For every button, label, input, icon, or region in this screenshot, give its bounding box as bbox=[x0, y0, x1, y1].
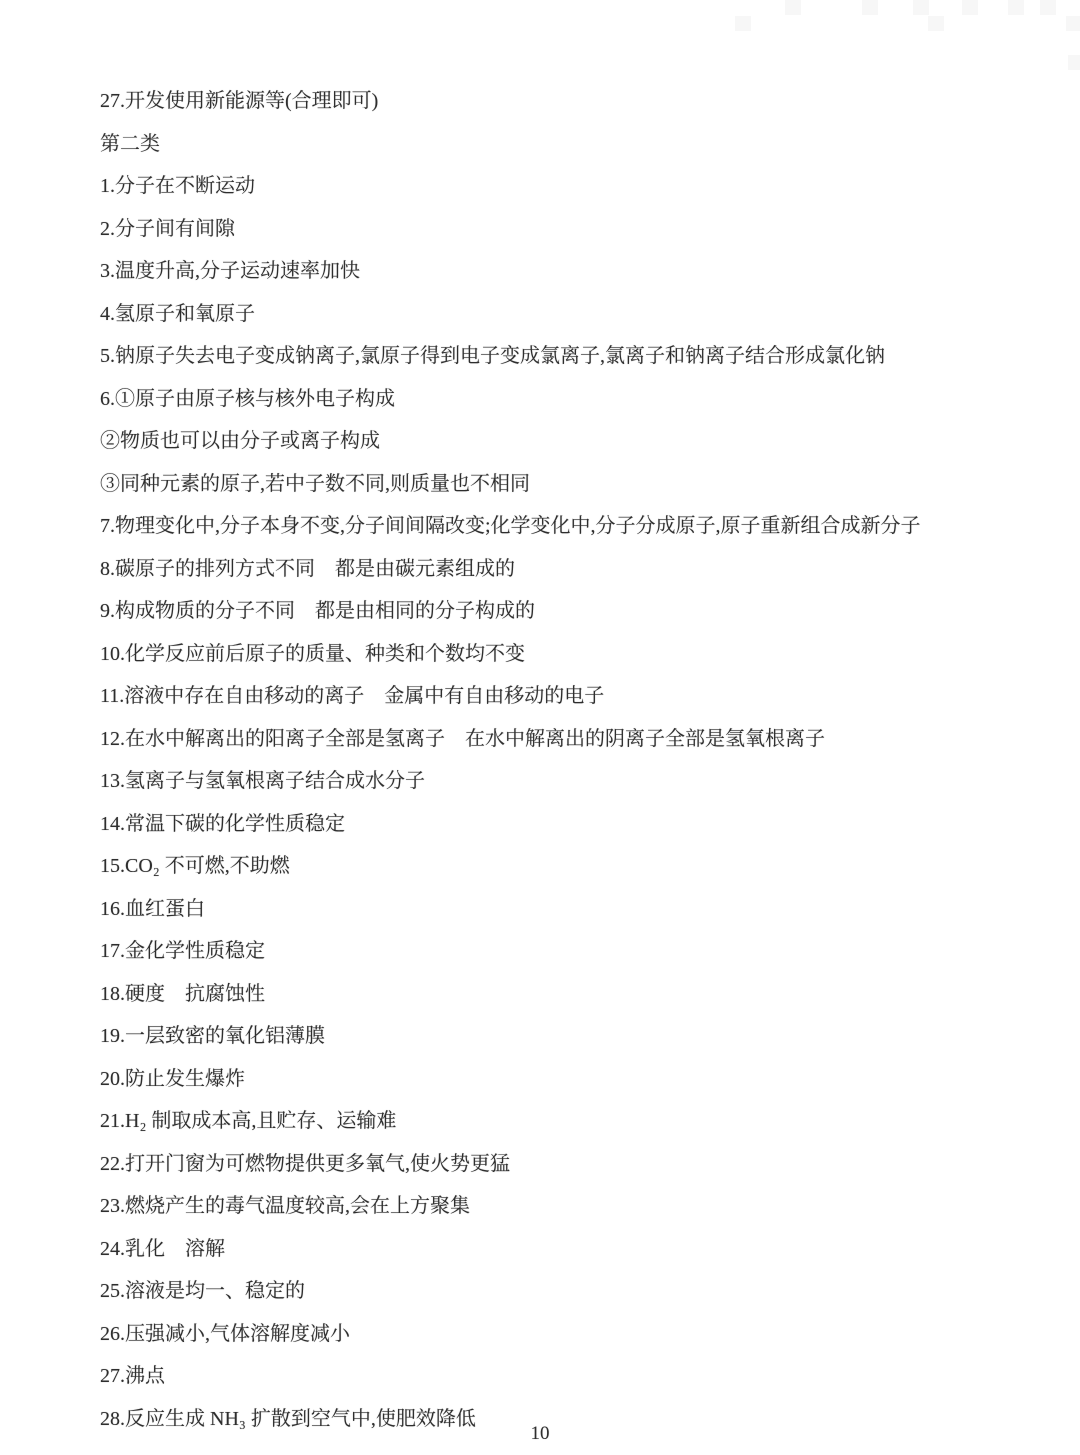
watermark-block bbox=[913, 0, 929, 15]
answer-list: 27.开发使用新能源等(合理即可) 第二类 1.分子在不断运动 2.分子间有间隙… bbox=[100, 80, 1040, 1440]
answer-line: 3.温度升高,分子运动速率加快 bbox=[100, 250, 1040, 293]
answer-line: 12.在水中解离出的阳离子全部是氢离子 在水中解离出的阴离子全部是氢氧根离子 bbox=[100, 718, 1040, 761]
answer-line: 27.沸点 bbox=[100, 1355, 1040, 1398]
answer-line: 14.常温下碳的化学性质稳定 bbox=[100, 803, 1040, 846]
answer-line: ②物质也可以由分子或离子构成 bbox=[100, 420, 1040, 463]
answer-line: 21.H₂ 制取成本高,且贮存、运输难 bbox=[100, 1100, 1040, 1143]
watermark-block bbox=[1040, 0, 1056, 15]
watermark-block bbox=[962, 0, 978, 15]
answer-line: 7.物理变化中,分子本身不变,分子间间隔改变;化学变化中,分子分成原子,原子重新… bbox=[100, 505, 1040, 548]
page-number: 10 bbox=[0, 1423, 1080, 1445]
answer-line: 18.硬度 抗腐蚀性 bbox=[100, 973, 1040, 1016]
answer-line: 6.①原子由原子核与核外电子构成 bbox=[100, 378, 1040, 421]
answer-line: 17.金化学性质稳定 bbox=[100, 930, 1040, 973]
answer-line: 8.碳原子的排列方式不同 都是由碳元素组成的 bbox=[100, 548, 1040, 591]
answer-line: 15.CO₂ 不可燃,不助燃 bbox=[100, 845, 1040, 888]
watermark-block bbox=[862, 0, 878, 15]
answer-line: 16.血红蛋白 bbox=[100, 888, 1040, 931]
watermark-block bbox=[735, 16, 751, 31]
watermark-block bbox=[785, 0, 801, 15]
answer-line: 11.溶液中存在自由移动的离子 金属中有自由移动的电子 bbox=[100, 675, 1040, 718]
watermark-block bbox=[1008, 0, 1024, 15]
watermark-block bbox=[1068, 55, 1080, 70]
answer-line: 4.氢原子和氧原子 bbox=[100, 293, 1040, 336]
answer-line: 25.溶液是均一、稳定的 bbox=[100, 1270, 1040, 1313]
watermark-block bbox=[1066, 16, 1080, 31]
answer-line: 22.打开门窗为可燃物提供更多氧气,使火势更猛 bbox=[100, 1143, 1040, 1186]
watermark-block bbox=[928, 16, 944, 31]
answer-line: 13.氢离子与氢氧根离子结合成水分子 bbox=[100, 760, 1040, 803]
section-heading: 第二类 bbox=[100, 123, 1040, 166]
answer-line: 5.钠原子失去电子变成钠离子,氯原子得到电子变成氯离子,氯离子和钠离子结合形成氯… bbox=[100, 335, 1040, 378]
answer-line: 9.构成物质的分子不同 都是由相同的分子构成的 bbox=[100, 590, 1040, 633]
scanned-document-page: 27.开发使用新能源等(合理即可) 第二类 1.分子在不断运动 2.分子间有间隙… bbox=[0, 0, 1080, 1455]
answer-line: 19.一层致密的氧化铝薄膜 bbox=[100, 1015, 1040, 1058]
answer-line: 24.乳化 溶解 bbox=[100, 1228, 1040, 1271]
answer-line: 1.分子在不断运动 bbox=[100, 165, 1040, 208]
answer-line: 27.开发使用新能源等(合理即可) bbox=[100, 80, 1040, 123]
answer-line: 2.分子间有间隙 bbox=[100, 208, 1040, 251]
answer-line: 26.压强减小,气体溶解度减小 bbox=[100, 1313, 1040, 1356]
answer-line: ③同种元素的原子,若中子数不同,则质量也不相同 bbox=[100, 463, 1040, 506]
answer-line: 10.化学反应前后原子的质量、种类和个数均不变 bbox=[100, 633, 1040, 676]
answer-line: 20.防止发生爆炸 bbox=[100, 1058, 1040, 1101]
answer-line: 23.燃烧产生的毒气温度较高,会在上方聚集 bbox=[100, 1185, 1040, 1228]
